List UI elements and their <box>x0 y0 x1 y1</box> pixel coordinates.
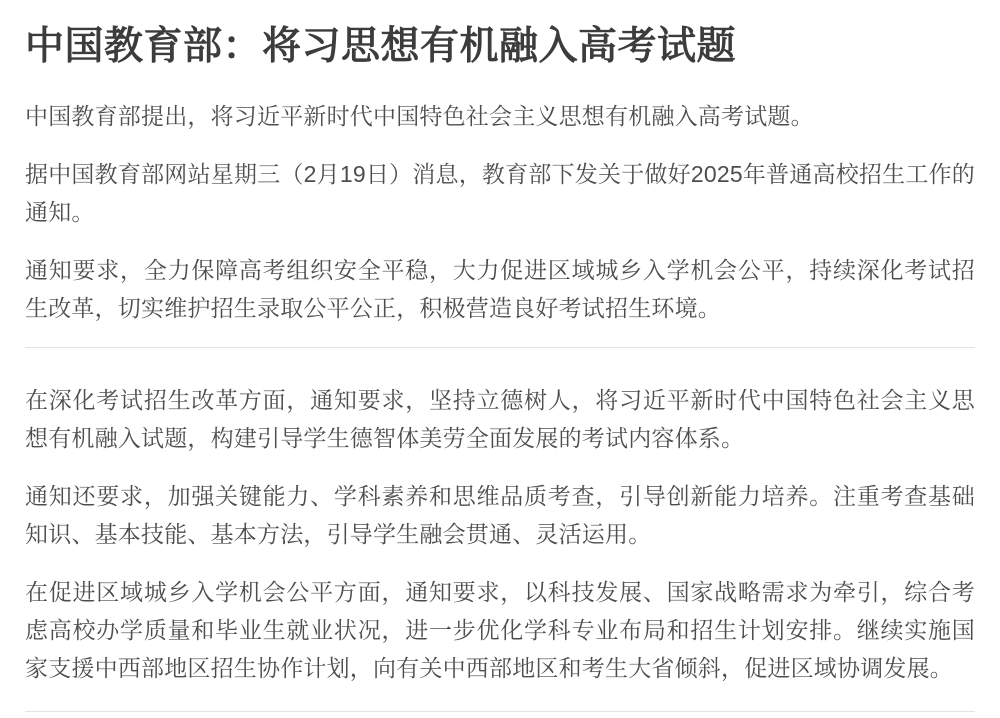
article-paragraph: 通知还要求，加强关键能力、学科素养和思维品质考查，引导创新能力培养。注重考查基础… <box>25 477 975 553</box>
section-divider <box>25 347 975 348</box>
article-paragraph: 在促进区域城乡入学机会公平方面，通知要求，以科技发展、国家战略需求为牵引，综合考… <box>25 573 975 687</box>
article-paragraph: 据中国教育部网站星期三（2月19日）消息，教育部下发关于做好2025年普通高校招… <box>25 155 975 231</box>
section-divider <box>25 711 975 712</box>
article-title: 中国教育部：将习思想有机融入高考试题 <box>25 22 975 71</box>
article-paragraph: 中国教育部提出，将习近平新时代中国特色社会主义思想有机融入高考试题。 <box>25 97 975 135</box>
article-body: 中国教育部：将习思想有机融入高考试题 中国教育部提出，将习近平新时代中国特色社会… <box>0 0 1000 712</box>
article-paragraph: 通知要求，全力保障高考组织安全平稳，大力促进区域城乡入学机会公平，持续深化考试招… <box>25 251 975 327</box>
article-paragraph: 在深化考试招生改革方面，通知要求，坚持立德树人，将习近平新时代中国特色社会主义思… <box>25 381 975 457</box>
